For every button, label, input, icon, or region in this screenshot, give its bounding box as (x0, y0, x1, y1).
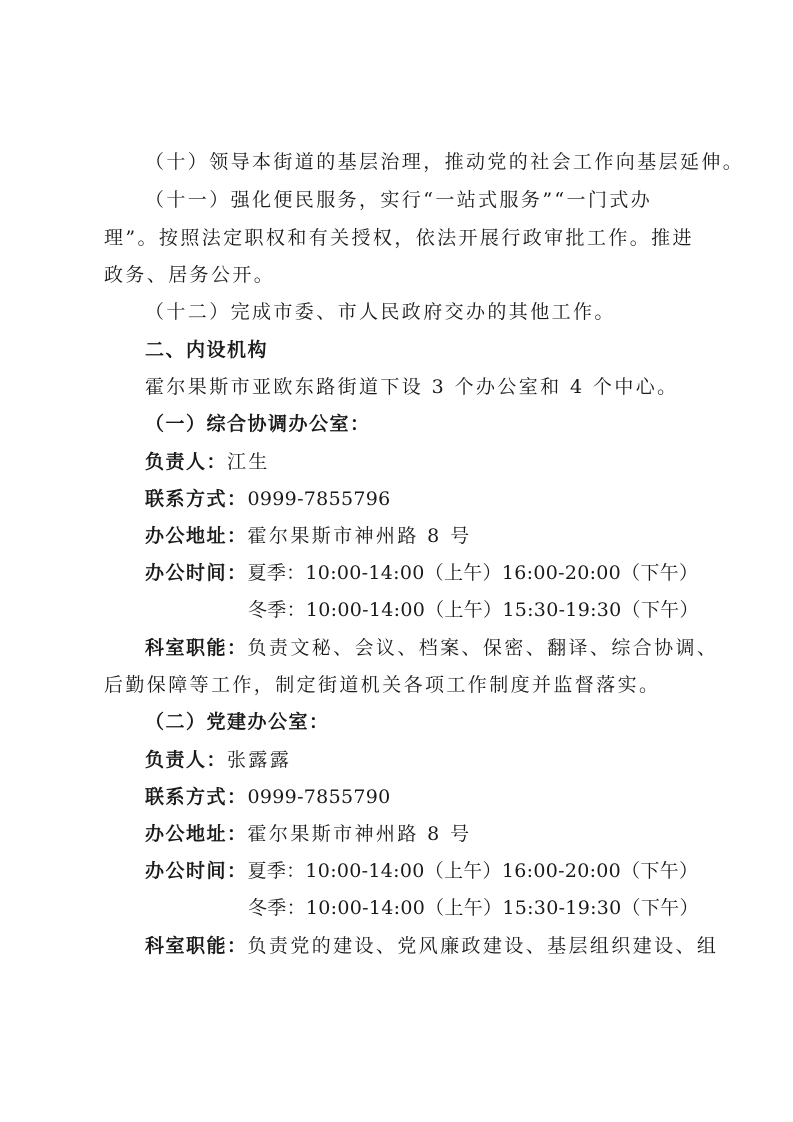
paragraph-item-11-line-3: 政务、居务公开。 (104, 263, 275, 287)
hours-summer: 夏季：10:00-14:00（上午）16:00-20:00（下午） (248, 860, 699, 882)
hours-label: 办公时间： (145, 860, 248, 882)
office-duty-row: 科室职能：负责文秘、会议、档案、保密、翻译、综合协调、 (145, 636, 718, 660)
paragraph-item-12: （十二）完成市委、市人民政府交办的其他工作。 (145, 300, 616, 324)
contact-value: 0999-7855790 (248, 786, 391, 808)
paragraph-item-11-line-1: （十一）强化便民服务，实行“一站式服务”“一门式办 (145, 188, 652, 212)
address-label: 办公地址： (145, 525, 248, 547)
contact-label: 联系方式： (145, 488, 248, 510)
office-head-row: 负责人：江生 (145, 450, 270, 474)
hours-summer: 夏季：10:00-14:00（上午）16:00-20:00（下午） (248, 562, 699, 584)
office-title: （一）综合协调办公室： (145, 412, 371, 436)
hours-label: 办公时间： (145, 562, 248, 584)
head-value: 张露露 (227, 749, 291, 771)
duty-line-2: 后勤保障等工作，制定街道机关各项工作制度并监督落实。 (104, 673, 660, 697)
office-contact-row: 联系方式：0999-7855790 (145, 785, 391, 809)
office-hours-row: 办公时间：夏季：10:00-14:00（上午）16:00-20:00（下午） (145, 859, 698, 883)
address-label: 办公地址： (145, 823, 248, 845)
section-intro: 霍尔果斯市亚欧东路街道下设 3 个办公室和 4 个中心。 (145, 375, 679, 399)
office-hours-row: 办公时间：夏季：10:00-14:00（上午）16:00-20:00（下午） (145, 561, 698, 585)
section-heading: 二、内设机构 (145, 338, 268, 362)
office-head-row: 负责人：张露露 (145, 748, 291, 772)
hours-winter: 冬季：10:00-14:00（上午）15:30-19:30（下午） (248, 598, 699, 622)
document-page: （十）领导本街道的基层治理，推动党的社会工作向基层延伸。 （十一）强化便民服务，… (0, 0, 793, 1122)
contact-label: 联系方式： (145, 786, 248, 808)
duty-line-1: 负责文秘、会议、档案、保密、翻译、综合协调、 (248, 637, 719, 659)
head-value: 江生 (227, 451, 270, 473)
office-address-row: 办公地址：霍尔果斯市神州路 8 号 (145, 822, 471, 846)
address-value: 霍尔果斯市神州路 8 号 (248, 823, 472, 845)
paragraph-item-10: （十）领导本街道的基层治理，推动党的社会工作向基层延伸。 (145, 150, 744, 174)
duty-line-1: 负责党的建设、党风廉政建设、基层组织建设、组 (248, 935, 719, 957)
office-contact-row: 联系方式：0999-7855796 (145, 487, 391, 511)
head-label: 负责人： (145, 749, 227, 771)
duty-label: 科室职能： (145, 637, 248, 659)
paragraph-item-11-line-2: 理”。按照法定职权和有关授权，依法开展行政审批工作。推进 (104, 226, 694, 250)
head-label: 负责人： (145, 451, 227, 473)
duty-label: 科室职能： (145, 935, 248, 957)
office-address-row: 办公地址：霍尔果斯市神州路 8 号 (145, 524, 471, 548)
hours-winter: 冬季：10:00-14:00（上午）15:30-19:30（下午） (248, 896, 699, 920)
office-duty-row: 科室职能：负责党的建设、党风廉政建设、基层组织建设、组 (145, 934, 718, 958)
address-value: 霍尔果斯市神州路 8 号 (248, 525, 472, 547)
contact-value: 0999-7855796 (248, 488, 391, 510)
office-title: （二）党建办公室： (145, 710, 330, 734)
